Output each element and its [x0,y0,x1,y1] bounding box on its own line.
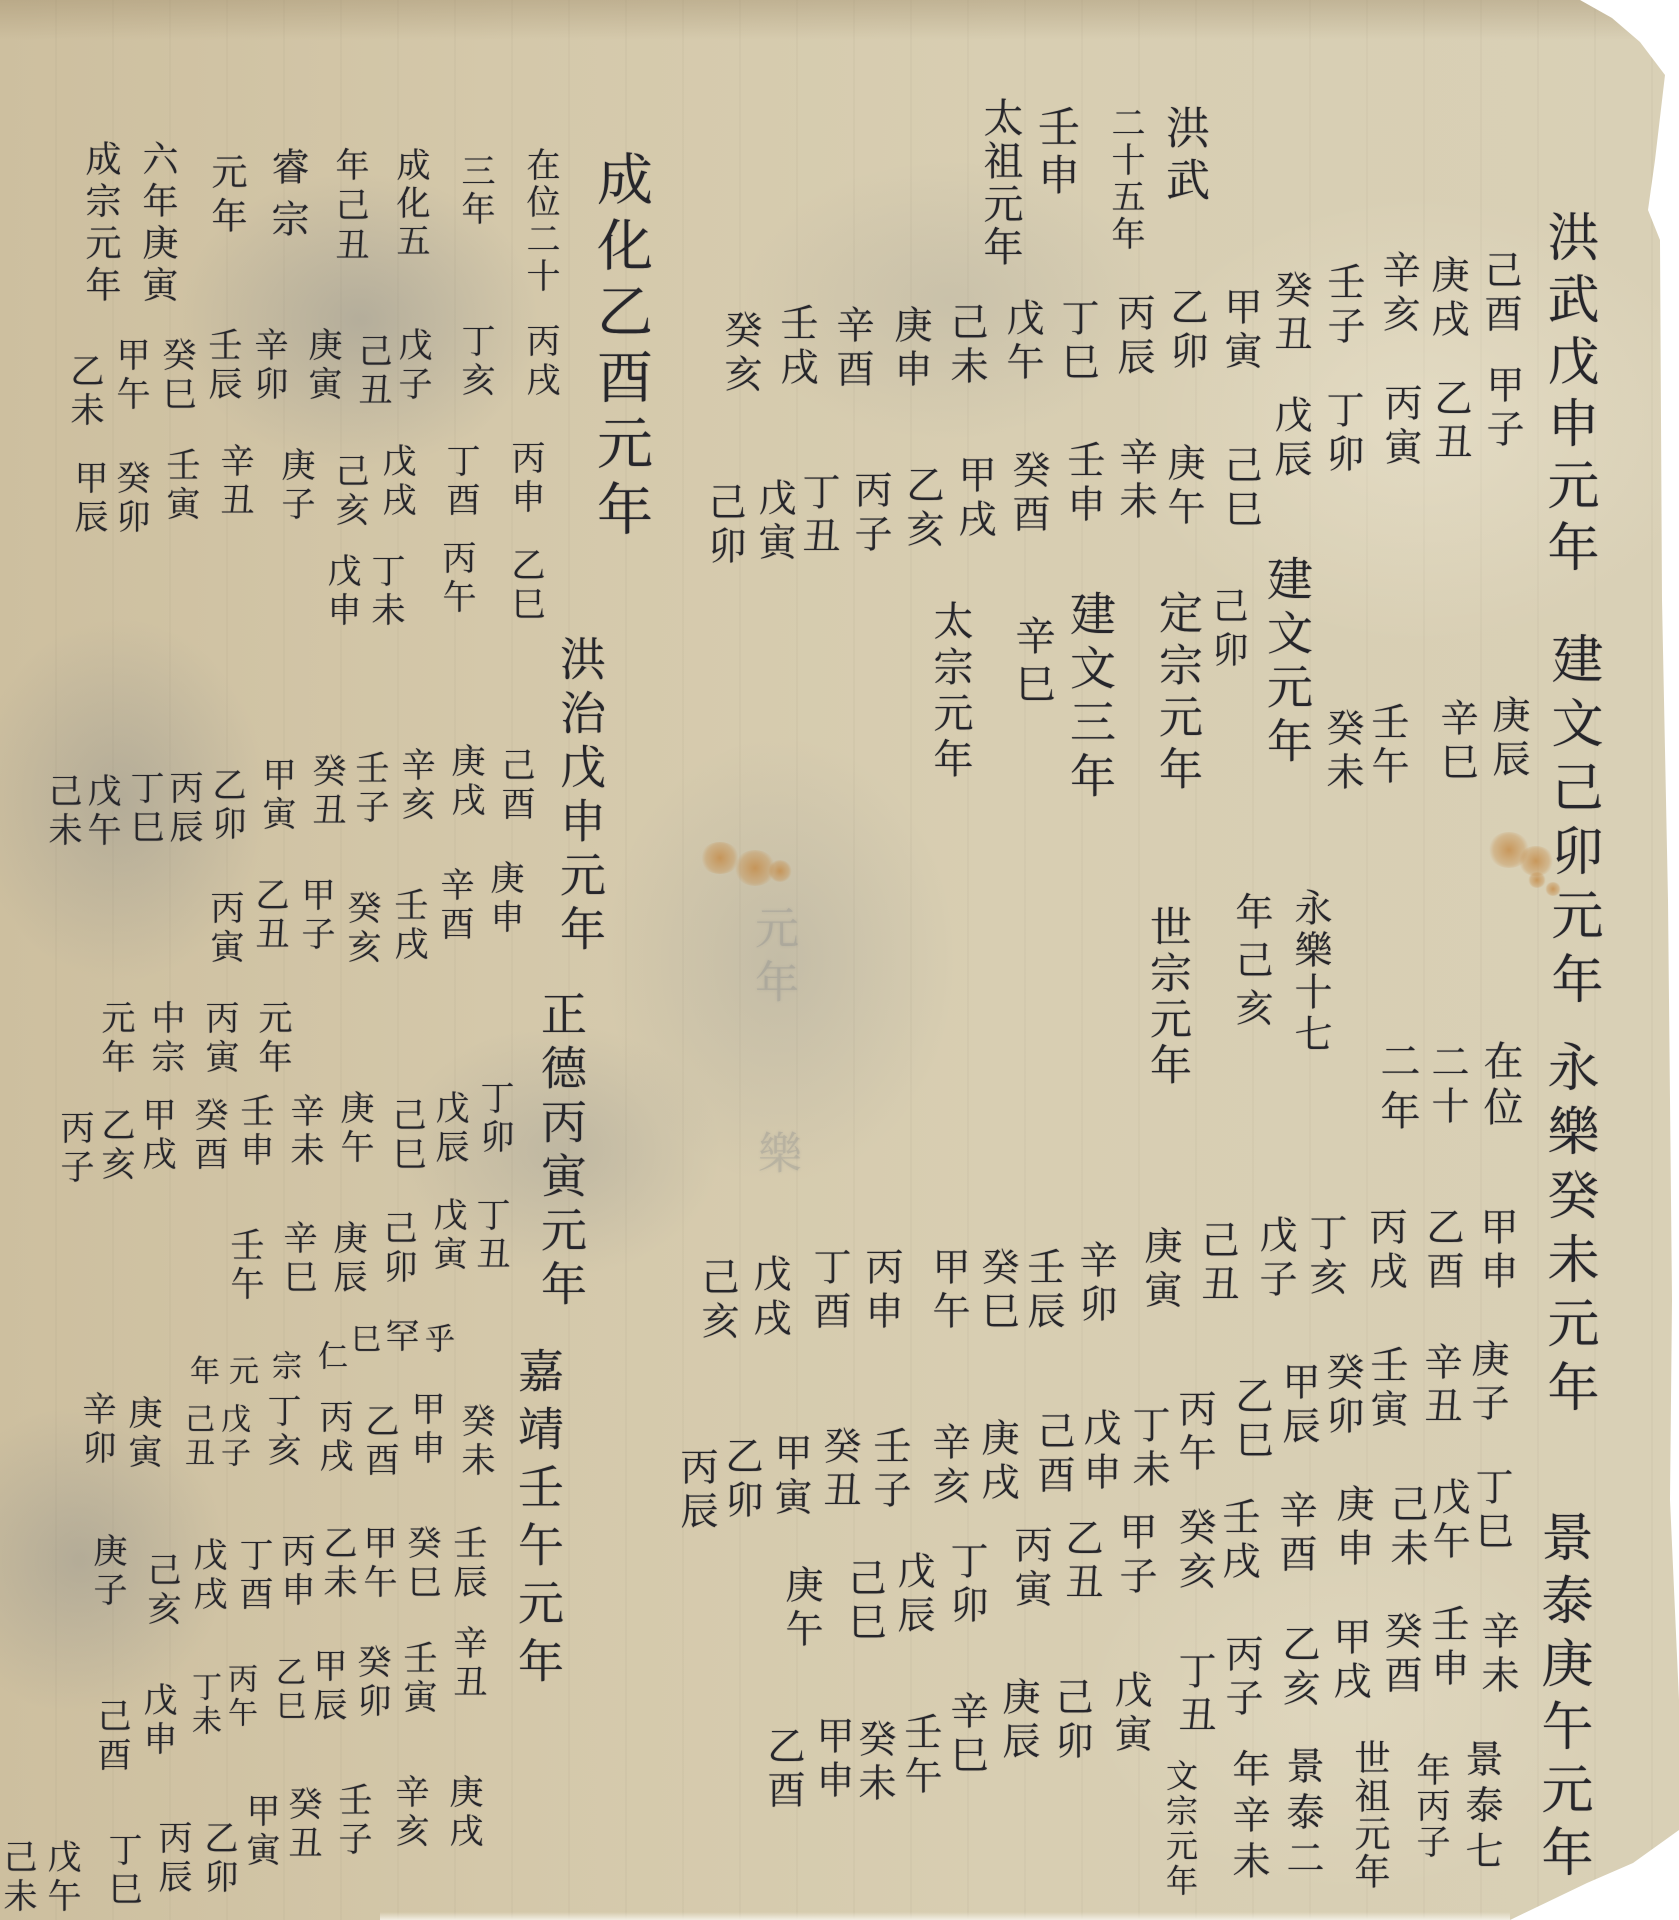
cycle-year: 戊子 [217,1403,247,1471]
cycle-year: 丙戌 [523,323,557,401]
cycle-year: 戊辰 [894,1551,932,1639]
annotation: 元年 [208,153,244,241]
cycle-year: 癸卯 [354,1644,388,1722]
cycle-year: 戊午 [44,1839,78,1917]
reign-heading: 洪武戊申元年 [1542,210,1594,582]
annotation: 三年 [458,153,492,229]
cycle-year: 己巳 [845,1558,883,1646]
cycle-year: 戊戌 [379,443,413,521]
cycle-year: 辛丑 [217,443,251,521]
cycle-year: 戊午 [1003,298,1041,386]
cycle-year: 乙亥 [98,1107,132,1185]
cycle-year: 己未 [947,302,985,390]
cycle-year: 癸卯 [113,460,147,538]
annotation: 太祖元年 [980,97,1020,269]
cycle-year: 癸亥 [344,890,378,968]
cycle-year: 丁卯 [1323,390,1361,478]
cycle-year: 丙辰 [677,1447,715,1535]
cycle-year: 甲辰 [1279,1362,1317,1450]
cycle-year: 辛卯 [1076,1240,1114,1328]
cycle-year: 己丑 [1198,1220,1236,1308]
bleed-through-text: 樂 [753,1130,797,1174]
annotation: 辛巳 [1012,615,1052,711]
cycle-year: 丁卯 [947,1541,985,1629]
cycle-year: 庚申 [1333,1484,1371,1572]
cycle-year: 丙辰 [1114,293,1152,381]
annotation: 己卯 [1209,587,1245,675]
cycle-year: 癸巳 [159,337,193,415]
cycle-year: 辛丑 [450,1625,484,1703]
marginal-note: 巳 [347,1323,377,1357]
cycle-year: 庚戌 [978,1418,1016,1506]
cycle-year: 辛巳 [280,1220,314,1298]
cycle-year: 丁巳 [1058,298,1096,386]
cycle-year: 癸酉 [191,1097,225,1175]
annotation: 世祖元年 [1351,1739,1387,1891]
annotation: 成宗元年 [82,140,118,308]
cycle-year: 丙戌 [1366,1207,1404,1295]
annotation: 年丙子 [1413,1752,1447,1860]
cycle-year: 癸丑 [285,1786,319,1864]
cycle-year: 乙卯 [722,1436,760,1524]
cycle-year: 己酉 [94,1698,128,1776]
cycle-year: 甲子 [298,877,332,955]
reign-heading: 景泰庚午元年 [1536,1510,1588,1888]
cycle-year: 辛卯 [79,1391,113,1469]
cycle-year: 辛亥 [1379,250,1417,338]
cycle-year: 丁卯 [477,1080,511,1158]
cycle-year: 甲寅 [243,1793,277,1871]
cycle-year: 己未 [45,773,79,851]
cycle-year: 甲申 [813,1716,851,1804]
annotation: 定宗元年 [1154,590,1198,798]
cycle-year: 丁酉 [443,443,477,521]
cycle-year: 丁巳 [1472,1467,1510,1555]
cycle-year: 壬辰 [1024,1247,1062,1335]
cycle-year: 庚寅 [125,1395,159,1473]
cycle-year: 丙子 [851,470,889,558]
cycle-year: 庚戌 [446,1774,480,1852]
reign-heading: 正德丙寅元年 [538,990,584,1314]
bleed-through-text: 元年 [750,905,794,1013]
cycle-year: 戊寅 [1111,1670,1149,1758]
cycle-year: 壬寅 [163,447,197,525]
cycle-year: 庚午 [337,1090,371,1168]
cycle-year: 癸未 [1323,708,1361,796]
cycle-year: 壬子 [352,750,386,828]
cycle-year: 辛丑 [1421,1342,1459,1430]
cycle-year: 丁丑 [799,472,837,560]
cycle-year: 壬辰 [450,1525,484,1603]
annotation: 太宗元年 [930,600,970,784]
cycle-year: 癸亥 [1175,1507,1213,1595]
cycle-year: 癸巳 [978,1247,1016,1335]
cycle-year: 甲辰 [71,460,105,538]
cycle-year: 乙未 [320,1525,354,1603]
annotation: 景泰七 [1462,1739,1500,1877]
cycle-year: 辛亥 [929,1422,967,1510]
cycle-year: 乙巳 [1232,1376,1270,1464]
cycle-year: 丁未 [1129,1405,1167,1493]
cycle-year: 辛巳 [947,1691,985,1779]
cycle-year: 乙丑 [1431,378,1469,466]
cycle-year: 丁巳 [105,1832,139,1910]
annotation: 文宗元年 [1164,1759,1196,1899]
cycle-year: 丙寅 [1011,1525,1049,1613]
annotation: 建文三年 [1067,590,1113,806]
cycle-year: 乙酉 [1423,1207,1461,1295]
cycle-year: 辛未 [1116,437,1154,525]
cycle-year: 丙戌 [316,1399,350,1477]
marginal-note: 罕 [382,1318,416,1357]
cycle-year: 辛未 [1478,1611,1516,1699]
cycle-year: 壬戌 [391,887,425,965]
cycle-year: 癸卯 [1323,1352,1361,1440]
cycle-year: 庚午 [1164,443,1202,531]
cycle-year: 壬午 [1368,702,1406,790]
cycle-year: 己亥 [144,1552,178,1630]
cycle-year: 丙申 [508,440,542,518]
cycle-year: 庚寅 [305,327,339,405]
cycle-year: 甲子 [1116,1512,1154,1600]
cycle-year: 癸丑 [309,753,343,831]
cycle-year: 戊申 [1080,1408,1118,1496]
cycle-year: 甲辰 [310,1648,344,1726]
cycle-year: 乙未 [67,353,101,431]
cycle-year: 庚子 [90,1533,124,1611]
reign-heading: 成化乙酉元年 [592,150,648,546]
cycle-year: 丙子 [1222,1634,1260,1722]
cycle-year: 丁丑 [1175,1651,1213,1739]
cycle-year: 壬申 [1064,440,1102,528]
cycle-year: 癸丑 [820,1426,858,1514]
cycle-year: 己酉 [1034,1411,1072,1499]
annotation: 年己亥 [1232,892,1270,1036]
cycle-year: 丁亥 [264,1393,298,1471]
annotation: 世宗元年 [1147,905,1189,1089]
cycle-year: 己未 [0,1839,34,1917]
cycle-year: 甲寅 [1221,287,1259,375]
annotation: 建文元年 [1264,555,1310,771]
cycle-year: 戊戌 [750,1254,788,1342]
cycle-year: 丙辰 [166,770,200,848]
annotation: 中宗 [148,1000,182,1078]
annotation: 洪武 [1161,105,1205,209]
cycle-year: 戊寅 [755,478,793,566]
cycle-year: 甲午 [360,1525,394,1603]
cycle-year: 己卯 [1052,1677,1090,1765]
cycle-year: 己未 [1387,1484,1425,1572]
cycle-year: 丙寅 [207,890,241,968]
cycle-year: 辛酉 [437,867,471,945]
cycle-year: 甲戌 [139,1097,173,1175]
annotation: 元年 [255,1000,289,1078]
cycle-year: 乙巳 [272,1656,302,1724]
cycle-year: 己丑 [181,1403,211,1471]
cycle-year: 辛亥 [398,747,432,825]
cycle-year: 己酉 [1481,250,1519,338]
cycle-year: 庚辰 [999,1677,1037,1765]
cycle-year: 戊辰 [1271,395,1309,483]
cycle-year: 乙丑 [1062,1518,1100,1606]
cycle-year: 戊子 [395,327,429,405]
cycle-year: 辛亥 [392,1774,426,1852]
cycle-year: 丁巳 [127,770,161,848]
annotation: 成化五 [393,147,427,261]
cycle-year: 己酉 [498,747,532,825]
cycle-year: 丁酉 [236,1537,270,1615]
annotation: 年己丑 [332,147,366,267]
cycle-year: 庚戌 [448,743,482,821]
cycle-year: 壬申 [237,1093,271,1171]
cycle-year: 庚午 [782,1565,820,1653]
cycle-year: 甲申 [408,1391,442,1469]
cycle-year: 戊午 [84,773,118,851]
cycle-year: 戊寅 [430,1197,464,1275]
torn-bottom-edge [380,1912,1510,1920]
cycle-year: 壬戌 [1219,1497,1257,1585]
cycle-year: 丙申 [278,1533,312,1611]
cycle-year: 丙午 [224,1663,254,1731]
marginal-note: 宗 [268,1350,298,1384]
cycle-year: 戊辰 [432,1090,466,1168]
cycle-year: 壬申 [1428,1604,1466,1692]
cycle-year: 庚辰 [1489,695,1527,783]
cycle-year: 戊申 [324,553,358,631]
cycle-year: 甲申 [1477,1207,1515,1295]
reign-heading: 永樂癸未元年 [1542,1040,1594,1424]
cycle-year: 戊申 [140,1682,174,1760]
cycle-year: 癸酉 [1009,450,1047,538]
cycle-year: 壬戌 [777,303,815,391]
cycle-year: 癸亥 [721,310,759,398]
reign-heading: 嘉靖壬午元年 [515,1347,561,1695]
annotation: 景泰二 [1283,1746,1321,1884]
cycle-year: 癸巳 [404,1525,438,1603]
cycle-year: 癸酉 [1381,1611,1419,1699]
cycle-year: 壬寅 [1367,1345,1405,1433]
cycle-year: 壬寅 [400,1640,434,1718]
cycle-year: 庚子 [1468,1339,1506,1427]
cycle-year: 壬子 [335,1782,369,1860]
cycle-year: 壬午 [227,1227,261,1305]
annotation: 壬申 [1035,105,1077,201]
water-stain [768,860,792,882]
reign-heading: 建文己卯元年 [1546,632,1598,1016]
cycle-year: 丙午 [1175,1389,1213,1477]
cycle-year: 癸未 [855,1719,893,1807]
cycle-year: 甲戌 [955,455,993,543]
cycle-year: 丙寅 [1381,383,1419,471]
cycle-year: 戊午 [1429,1477,1467,1565]
cycle-year: 乙酉 [362,1403,396,1481]
cycle-year: 丙午 [439,540,473,618]
cycle-year: 辛卯 [251,327,285,405]
cycle-year: 丁未 [368,553,402,631]
marginal-note: 仁 [314,1340,344,1374]
cycle-year: 丁酉 [810,1247,848,1335]
annotation: 年辛未 [1229,1749,1267,1887]
cycle-year: 丁亥 [1306,1213,1344,1301]
cycle-year: 己丑 [355,333,389,411]
annotation: 永樂十七 [1291,888,1329,1056]
cycle-year: 乙酉 [764,1726,802,1814]
cycle-year: 庚子 [278,447,312,525]
cycle-year: 甲午 [113,337,147,415]
cycle-year: 甲戌 [1330,1617,1368,1705]
cycle-year: 己卯 [705,482,743,570]
cycle-year: 甲寅 [259,757,293,835]
cycle-year: 己卯 [380,1210,414,1288]
cycle-year: 己亥 [698,1257,736,1345]
marginal-note: 乎 [421,1323,451,1357]
cycle-year: 丙申 [862,1247,900,1335]
cycle-year: 乙丑 [252,877,286,955]
cycle-year: 戊戌 [190,1537,224,1615]
cycle-year: 甲子 [1483,365,1521,453]
cycle-year: 乙亥 [1279,1624,1317,1712]
cycle-year: 丁丑 [473,1197,507,1275]
reign-length-note: 二年 [1377,1040,1417,1140]
cycle-year: 庚戌 [1428,255,1466,343]
cycle-year: 庚申 [487,860,521,938]
cycle-year: 甲寅 [771,1433,809,1521]
cycle-year: 己巳 [389,1097,423,1175]
cycle-year: 壬子 [1324,262,1362,350]
cycle-year: 癸丑 [1271,270,1309,358]
manuscript-page: 元年 樂 洪武戊申元年 洪武 二十五年 壬申 太祖元年 己酉 庚戌 辛亥 壬子 … [0,0,1679,1920]
reign-length-note: 在位 [1480,1040,1520,1132]
annotation: 在位二十 [523,147,557,295]
cycle-year: 己亥 [332,453,366,531]
cycle-year: 丁未 [188,1671,218,1739]
cycle-year: 丙子 [57,1110,91,1188]
cycle-year: 乙卯 [201,1820,235,1898]
cycle-year: 乙巳 [508,547,542,625]
annotation: 六年庚寅 [139,140,175,308]
annotation: 二十五年 [1108,105,1142,253]
cycle-year: 乙亥 [903,465,941,553]
cycle-year: 壬子 [870,1426,908,1514]
cycle-year: 乙卯 [1167,287,1205,375]
reign-heading: 洪治戊申元年 [557,635,603,959]
cycle-year: 辛酉 [833,305,871,393]
cycle-year: 壬午 [901,1712,939,1800]
cycle-year: 庚辰 [330,1220,364,1298]
cycle-year: 丁亥 [458,323,492,401]
cycle-year: 甲午 [929,1247,967,1335]
marginal-note: 年 [186,1355,216,1389]
annotation: 丙寅 [202,1000,236,1078]
cycle-year: 庚申 [891,305,929,393]
marginal-note: 元 [225,1355,255,1389]
annotation: 元年 [98,1000,132,1078]
cycle-year: 壬辰 [205,327,239,405]
cycle-year: 辛巳 [1437,698,1475,786]
reign-length-note: 二十 [1428,1042,1466,1130]
cycle-year: 辛未 [287,1093,321,1171]
cycle-year: 己巳 [1221,445,1259,533]
cycle-year: 庚寅 [1141,1226,1179,1314]
cycle-year: 辛酉 [1276,1490,1314,1578]
annotation: 睿宗 [268,147,306,251]
cycle-year: 戊子 [1256,1215,1294,1303]
cycle-year: 癸未 [458,1403,492,1481]
cycle-year: 乙卯 [209,767,243,845]
cycle-year: 丙辰 [155,1820,189,1898]
